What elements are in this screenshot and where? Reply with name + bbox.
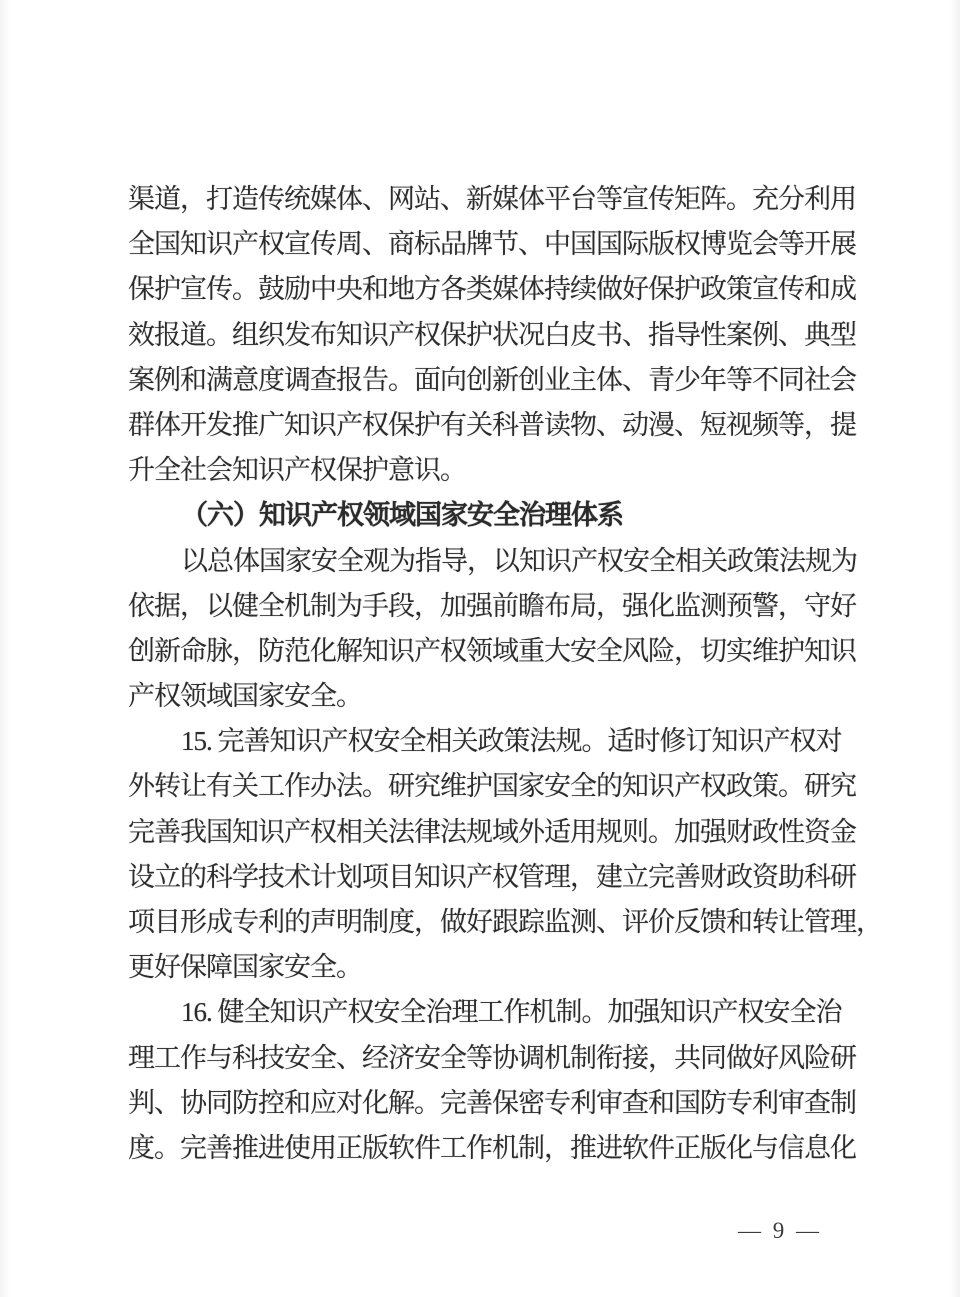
text-line: 以总体国家安全观为指导，以知识产权安全相关政策法规为 bbox=[128, 539, 856, 584]
text-line: 效报道。组织发布知识产权保护状况白皮书、指导性案例、典型 bbox=[128, 313, 856, 358]
text-line: 外转让有关工作办法。研究维护国家安全的知识产权政策。研究 bbox=[128, 764, 856, 809]
text-line: 16. 健全知识产权安全治理工作机制。加强知识产权安全治 bbox=[128, 990, 856, 1035]
text-line: 15. 完善知识产权安全相关政策法规。适时修订知识产权对 bbox=[128, 719, 856, 764]
text-line: 设立的科学技术计划项目知识产权管理，建立完善财政资助科研 bbox=[128, 855, 856, 900]
text-line: 判、协同防控和应对化解。完善保密专利审查和国防专利审查制 bbox=[128, 1081, 856, 1126]
text-line: 全国知识产权宣传周、商标品牌节、中国国际版权博览会等开展 bbox=[128, 222, 856, 267]
text-line: 理工作与科技安全、经济安全等协调机制衔接，共同做好风险研 bbox=[128, 1036, 856, 1081]
text-line: 度。完善推进使用正版软件工作机制，推进软件正版化与信息化 bbox=[128, 1126, 856, 1171]
section-heading: （六）知识产权领域国家安全治理体系 bbox=[128, 493, 856, 538]
text-line: 依据，以健全机制为手段，加强前瞻布局，强化监测预警，守好 bbox=[128, 584, 856, 629]
text-line: 群体开发推广知识产权保护有关科普读物、动漫、短视频等，提 bbox=[128, 403, 856, 448]
page-number: — 9 — bbox=[738, 1218, 822, 1244]
text-line: 案例和满意度调查报告。面向创新创业主体、青少年等不同社会 bbox=[128, 358, 856, 403]
text-line: 产权领域国家安全。 bbox=[128, 674, 856, 719]
page-number-text: — 9 — bbox=[738, 1218, 822, 1243]
text-line: 项目形成专利的声明制度，做好跟踪监测、评价反馈和转让管理， bbox=[128, 900, 856, 945]
text-line: 更好保障国家安全。 bbox=[128, 945, 856, 990]
text-line: 渠道，打造传统媒体、网站、新媒体平台等宣传矩阵。充分利用 bbox=[128, 177, 856, 222]
document-page: 渠道，打造传统媒体、网站、新媒体平台等宣传矩阵。充分利用全国知识产权宣传周、商标… bbox=[0, 0, 960, 1297]
text-line: 升全社会知识产权保护意识。 bbox=[128, 448, 856, 493]
text-line: 完善我国知识产权相关法律法规域外适用规则。加强财政性资金 bbox=[128, 810, 856, 855]
document-body: 渠道，打造传统媒体、网站、新媒体平台等宣传矩阵。充分利用全国知识产权宣传周、商标… bbox=[128, 177, 856, 1171]
text-line: 创新命脉，防范化解知识产权领域重大安全风险，切实维护知识 bbox=[128, 629, 856, 674]
text-line: 保护宣传。鼓励中央和地方各类媒体持续做好保护政策宣传和成 bbox=[128, 267, 856, 312]
